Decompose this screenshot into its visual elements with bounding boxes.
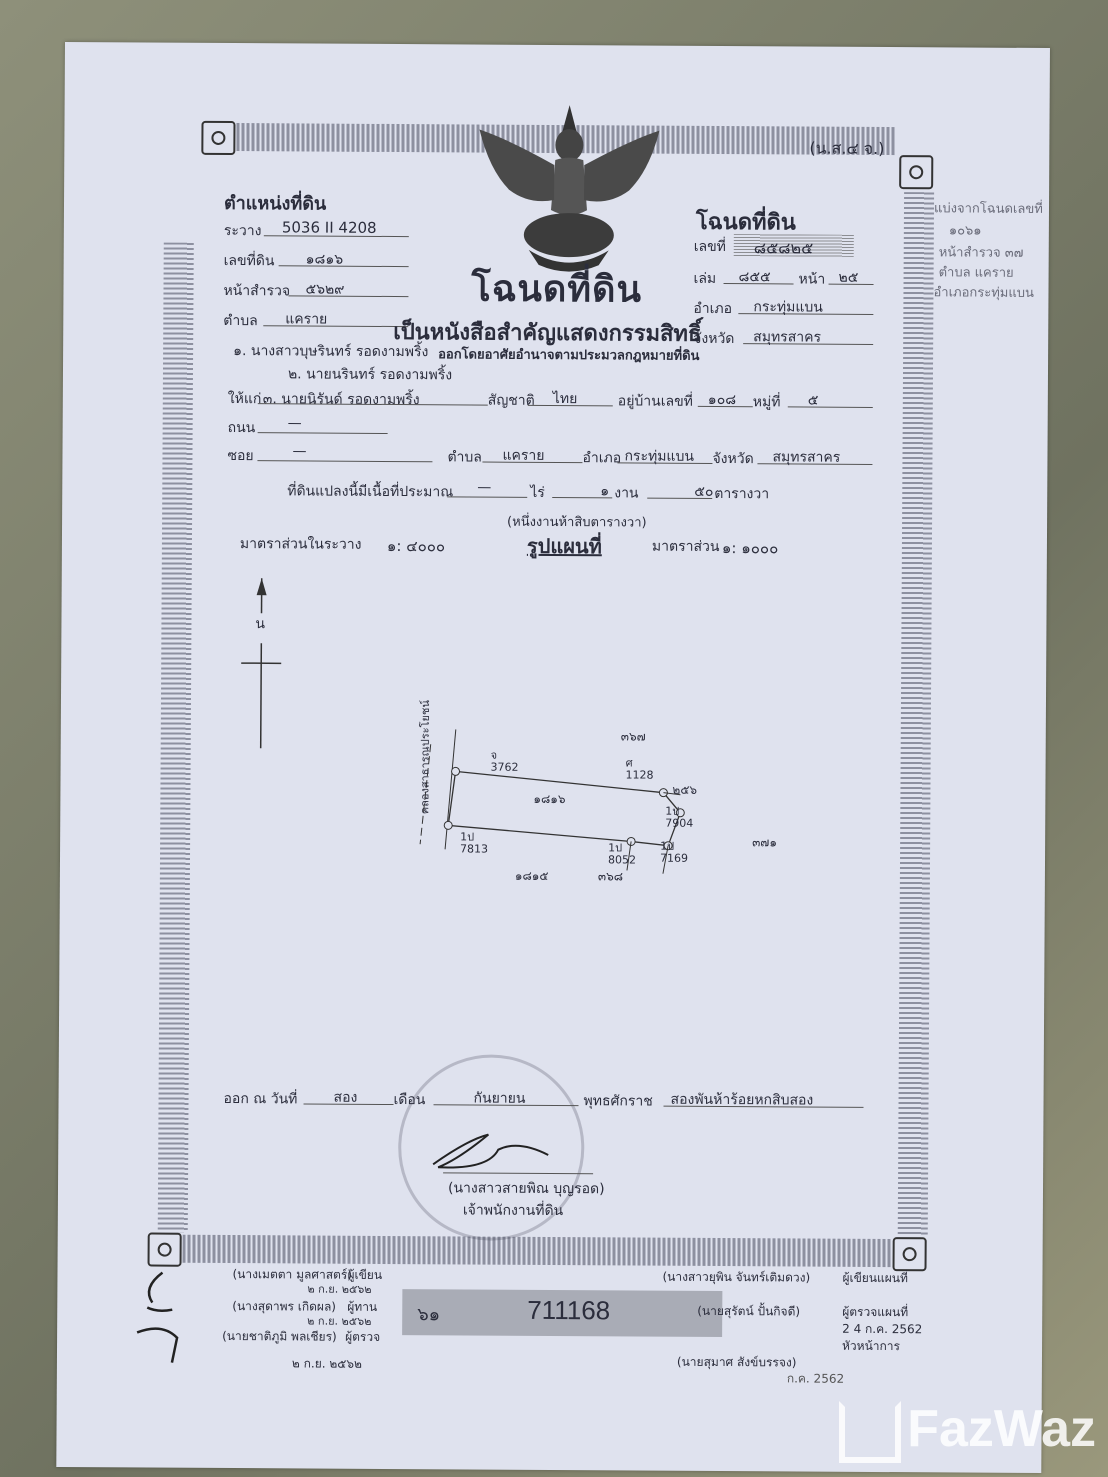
volume-label: เล่ม <box>693 268 716 290</box>
scale-rawang-label: มาตราส่วนในระวาง <box>240 533 362 556</box>
inspector-name: (นายชาติภูมิ พลเชียร) <box>222 1327 337 1347</box>
volume-value: ๘๕๕ <box>739 266 771 288</box>
officer-name: (นางสาวสายพิณ บุญรอด) <box>448 1177 605 1200</box>
parcel-map <box>415 724 746 906</box>
moo-value: ๕ <box>808 390 819 412</box>
corner-ornament-icon <box>148 1233 182 1267</box>
writer-date: ๒ ก.ย. ๒๕๖๒ <box>307 1280 371 1298</box>
survey-page-value: ๕๖๒๙ <box>305 278 344 300</box>
neighbor-top: ๓๖๗ <box>621 727 646 746</box>
owner-province-value: สมุทรสาคร <box>772 446 840 468</box>
tambon-value: แคราย <box>285 308 327 330</box>
survey-page-label: หน้าสำรวจ <box>223 280 290 302</box>
side-note-line5: อำเภอกระทุ่มแบน <box>933 281 1034 303</box>
side-note-line4: ตำบล แคราย <box>939 261 1014 282</box>
owner-amphoe-label: อำเภอ <box>582 447 621 469</box>
canal-label: คลองสาธารณประโยชน์ <box>415 700 434 814</box>
area-label: ที่ดินแปลงนี้มีเนื้อที่ประมาณ <box>287 480 453 503</box>
land-no-label: เลขที่ดิน <box>224 250 275 272</box>
head-date: ก.ค. 2562 <box>787 1369 844 1388</box>
nationality-value: ไทย <box>553 388 578 410</box>
page-value: ๒๕ <box>839 267 859 289</box>
map-title: รูปแผนที่ <box>527 530 602 562</box>
neighbor-bottom-right: ๓๖๘ <box>598 867 623 886</box>
form-code: (น.ส.๔ จ.) <box>809 137 884 162</box>
province-value: สมุทรสาคร <box>753 326 821 348</box>
issued-by-authority: ออกโดยอาศัยอำนาจตามประมวลกฎหมายที่ดิน <box>438 343 699 366</box>
neighbor-bottom-left: ๑๘๑๕ <box>515 867 549 886</box>
house-no-label: อยู่บ้านเลขที่ <box>618 390 693 412</box>
side-note-line1: แบ่งจากโฉนดเลขที่ <box>934 197 1043 219</box>
inspector-date: ๒ ก.ย. ๒๕๖๒ <box>292 1354 362 1373</box>
month-label: เดือน <box>393 1089 425 1111</box>
rawang-label: ระวาง <box>224 220 262 242</box>
ngan-value: ๑ <box>600 480 609 502</box>
issued-year: สองพันห้าร้อยหกสิบสอง <box>670 1089 813 1112</box>
soi-value: — <box>292 443 306 459</box>
side-note-line3: หน้าสำรวจ ๓๗ <box>939 241 1024 263</box>
point-7813: 1ป7813 <box>460 831 488 855</box>
border-pattern-bottom <box>183 1235 891 1267</box>
map-checker-name: (นายสุรัตน์ ปั้นกิจดี) <box>697 1302 800 1322</box>
rawang-value: 5036 II 4208 <box>282 218 377 237</box>
nationality-label: สัญชาติ <box>488 390 535 412</box>
issued-day: สอง <box>333 1087 357 1109</box>
land-location-title: ตำแหน่งที่ดิน <box>224 188 326 218</box>
officer-title: เจ้าพนักงานที่ดิน <box>463 1199 563 1222</box>
point-7169: 1ป7169 <box>660 841 688 865</box>
house-no-value: ๑๐๘ <box>708 389 736 411</box>
road-label: ถนน <box>228 417 256 439</box>
owner-province-label: จังหวัด <box>712 448 753 470</box>
amphoe-value: กระทุ่มแบน <box>753 296 823 318</box>
moo-label: หมู่ที่ <box>753 391 781 413</box>
deed-no-value: ๘๕๘๒๕ <box>754 236 814 261</box>
map-writer-name: (นางสาวยุพิน จันทร์เติมดวง) <box>662 1268 810 1288</box>
neighbor-right: ๓๗๑ <box>752 833 777 852</box>
owner-1: ๑. นางสาวบุษรินทร์ รอดงามพริ้ง <box>233 340 428 363</box>
head-role: หัวหน้าการ <box>842 1337 900 1356</box>
point-1128: ศ1128 <box>625 757 653 781</box>
fazwaz-watermark: FazWaz <box>839 1399 1096 1463</box>
deed-heading: โฉนดที่ดิน <box>471 259 642 317</box>
garuda-emblem-icon <box>469 99 670 280</box>
map-writer-role: ผู้เขียนแผนที่ <box>842 1269 908 1288</box>
north-arrow-icon <box>231 573 292 753</box>
owner-2: ๒. นายนรินทร์ รอดงามพริ้ง <box>288 363 452 386</box>
point-8052: 1ป8052 <box>608 842 636 866</box>
corner-ornament-icon <box>201 121 235 155</box>
wa-value: ๕๐ <box>694 481 713 503</box>
head-name: (นายสุมาศ สังข์บรรจง) <box>677 1353 797 1373</box>
soi-label: ซอย <box>227 445 253 467</box>
owner-tambon-label: ตำบล <box>447 446 482 468</box>
scale-rawang-value: ๑: ๔๐๐๐ <box>387 534 445 558</box>
ngan-label: งาน <box>614 482 638 504</box>
owner-3: ๓. นายนิรันด์ รอดงามพริ้ง <box>263 388 420 411</box>
owner-amphoe-value: กระทุ่มแบน <box>624 445 694 467</box>
neighbor-right-top: ๒๕๖ <box>672 781 697 800</box>
scale-value: ๑: ๑๐๐๐ <box>722 536 778 560</box>
serial-prefix: ๖๑ <box>417 1299 440 1328</box>
wa-label: ตารางวา <box>714 483 769 505</box>
road-value: — <box>288 415 302 431</box>
point-7904: 1ป7904 <box>665 806 693 830</box>
parcel-number: ๑๘๑๖ <box>533 790 565 809</box>
given-to-label: ให้แก่ <box>228 388 262 410</box>
corner-ornament-icon <box>893 1237 927 1271</box>
initial-signatures <box>132 1267 213 1367</box>
serial-number: 711168 <box>527 1295 610 1327</box>
land-title-deed: (น.ส.๔ จ.) ตำแหน่งที่ดิน ระวาง 5036 II 4… <box>56 42 1050 1473</box>
rai-value: — <box>477 480 491 496</box>
amphoe-label: อำเภอ <box>693 298 732 320</box>
issued-date-label: ออก ณ วันที่ <box>223 1088 297 1110</box>
corner-ornament-icon <box>899 155 933 189</box>
land-no-value: ๑๘๑๖ <box>306 248 344 270</box>
scale-label: มาตราส่วน <box>652 536 720 558</box>
deed-no-label: เลขที่ <box>694 236 726 258</box>
officer-signature <box>428 1129 558 1175</box>
rai-label: ไร่ <box>530 482 545 504</box>
year-label: พุทธศักราช <box>583 1090 652 1112</box>
north-label: น <box>255 613 265 635</box>
border-pattern-right <box>898 192 934 1237</box>
inspector-role: ผู้ตรวจ <box>345 1328 380 1347</box>
side-note-line2: ๑๐๖๑ <box>949 219 982 240</box>
page-label: หน้า <box>798 268 825 290</box>
tambon-label: ตำบล <box>223 310 258 332</box>
point-3762: จ3762 <box>491 750 519 774</box>
issued-month: กันยายน <box>473 1088 525 1110</box>
border-pattern-left <box>158 243 194 1233</box>
owner-tambon-value: แคราย <box>502 445 544 467</box>
fazwaz-logo-icon <box>839 1401 901 1463</box>
